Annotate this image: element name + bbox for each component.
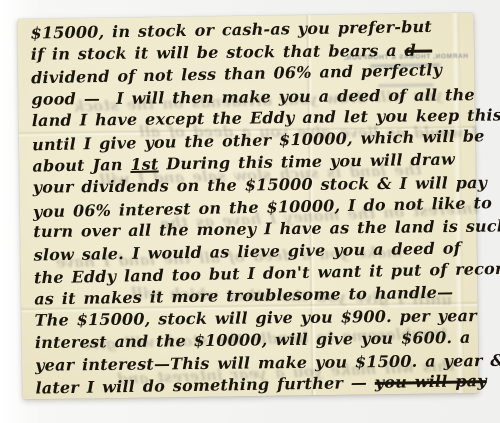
handwriting-line: interest and the $10000, will give you $… — [35, 326, 470, 354]
line-text: about Jan — [32, 155, 130, 176]
underlined-text: 1st — [130, 155, 158, 174]
handwriting-body: $15000, in stock or cash-as you prefer-b… — [30, 16, 470, 399]
line-text: as it makes it more troublesome to handl… — [34, 283, 453, 309]
letter-page: you will draw your dividends on the stoc… — [17, 13, 478, 399]
struck-out-text: you will pay — [375, 371, 487, 392]
line-text: later I will do something further — — [35, 373, 375, 398]
line-text: During this time you will draw — [158, 150, 455, 174]
line-text: $15000, in stock or cash-as you prefer-b… — [30, 17, 432, 43]
scan-background: you will draw your dividends on the stoc… — [0, 0, 500, 423]
struck-out-text: d— — [404, 41, 432, 60]
line-text: interest and the $10000, will give you $… — [35, 327, 471, 351]
